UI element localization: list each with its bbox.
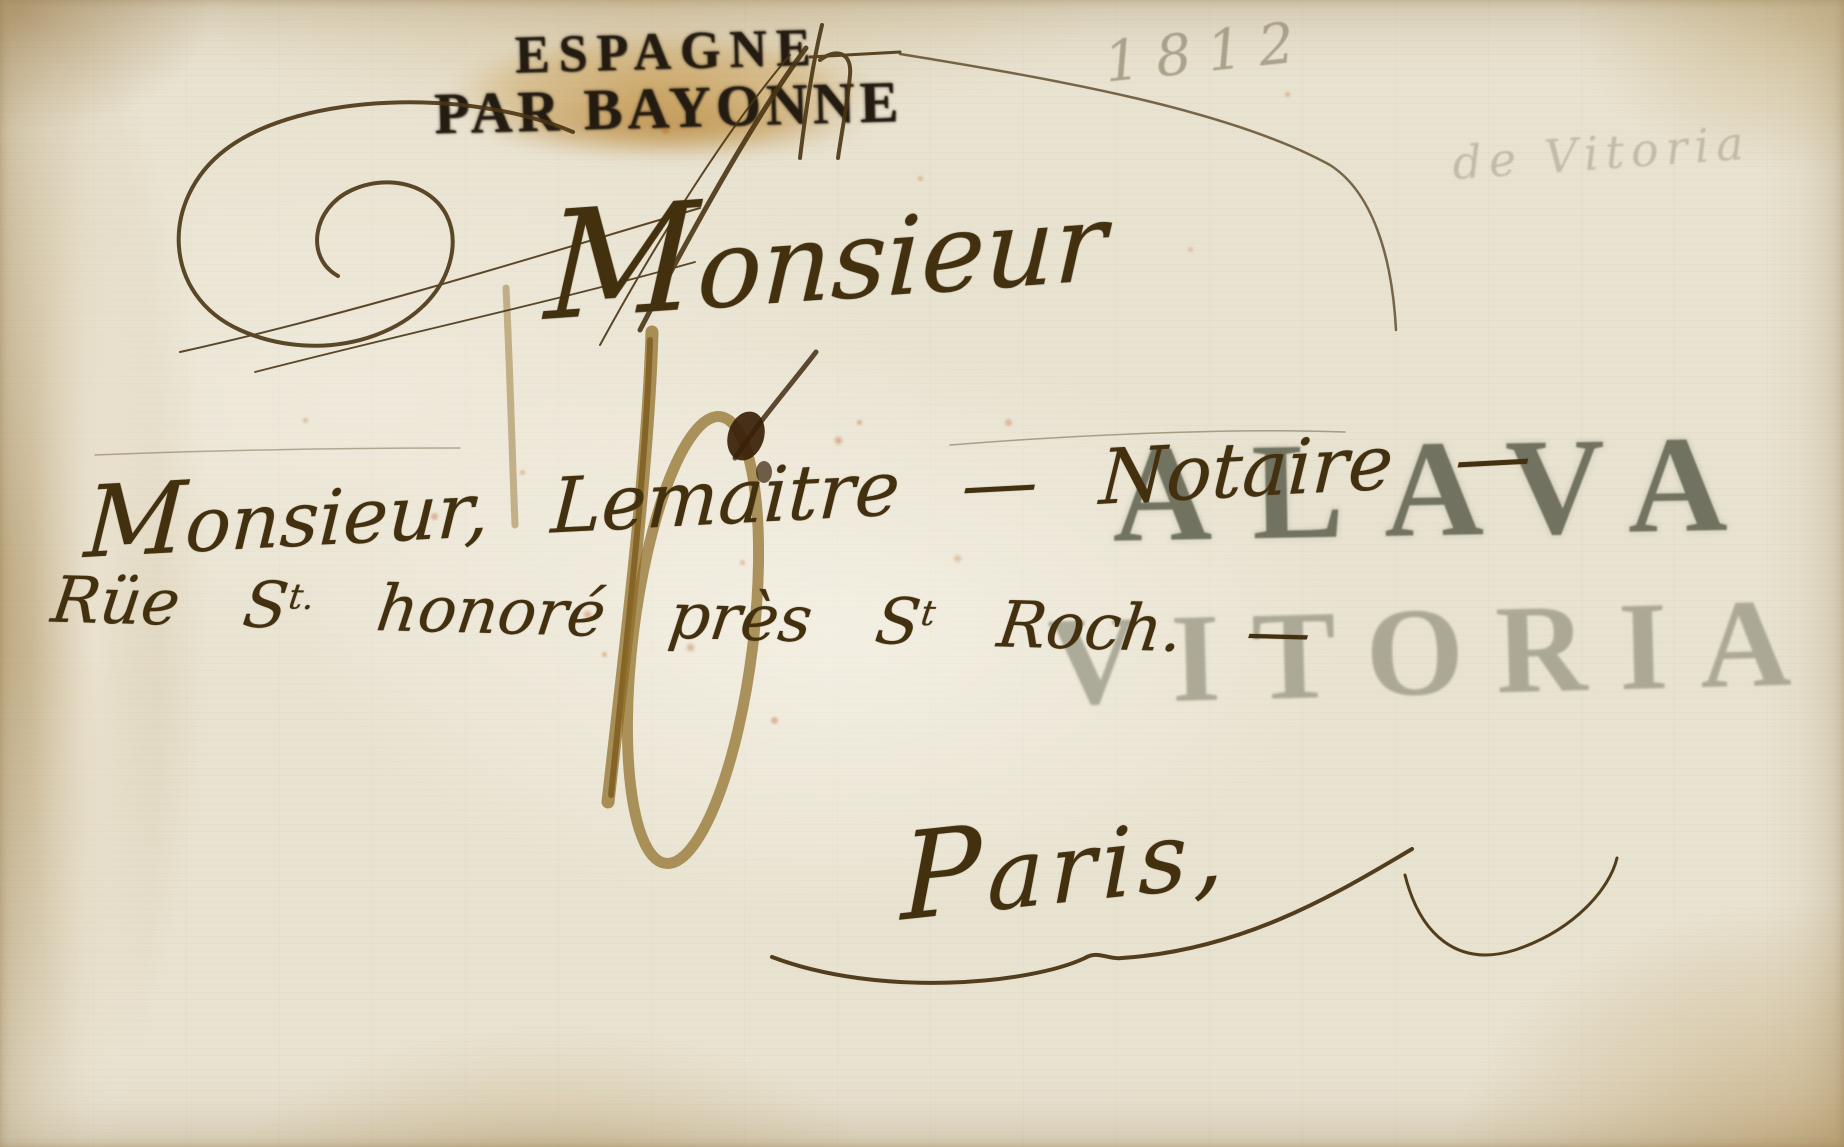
pencil-year-annotation: 1812 xyxy=(1101,9,1313,95)
pencil-origin-annotation: de Vitoria xyxy=(1450,116,1752,191)
letter-cover: ALAVA VITORIA ESPAGNE PAR BAYONNE 1812 d… xyxy=(0,0,1844,1147)
postage-due-one-stroke xyxy=(608,332,652,802)
postage-due-one-core xyxy=(611,340,650,795)
address-city: Paris, xyxy=(901,774,1230,948)
street-seg2: honoré près S xyxy=(308,570,925,660)
address-salutation: Monsieur xyxy=(543,142,1110,355)
address-street: Rüe St. honoré près St Roch. — xyxy=(47,564,1315,671)
foxing-specks xyxy=(0,0,5,5)
transit-stamp: ESPAGNE PAR BAYONNE xyxy=(397,19,940,144)
street-seg1: Rüe S xyxy=(47,564,292,644)
street-seg3: Roch. — xyxy=(929,587,1315,671)
